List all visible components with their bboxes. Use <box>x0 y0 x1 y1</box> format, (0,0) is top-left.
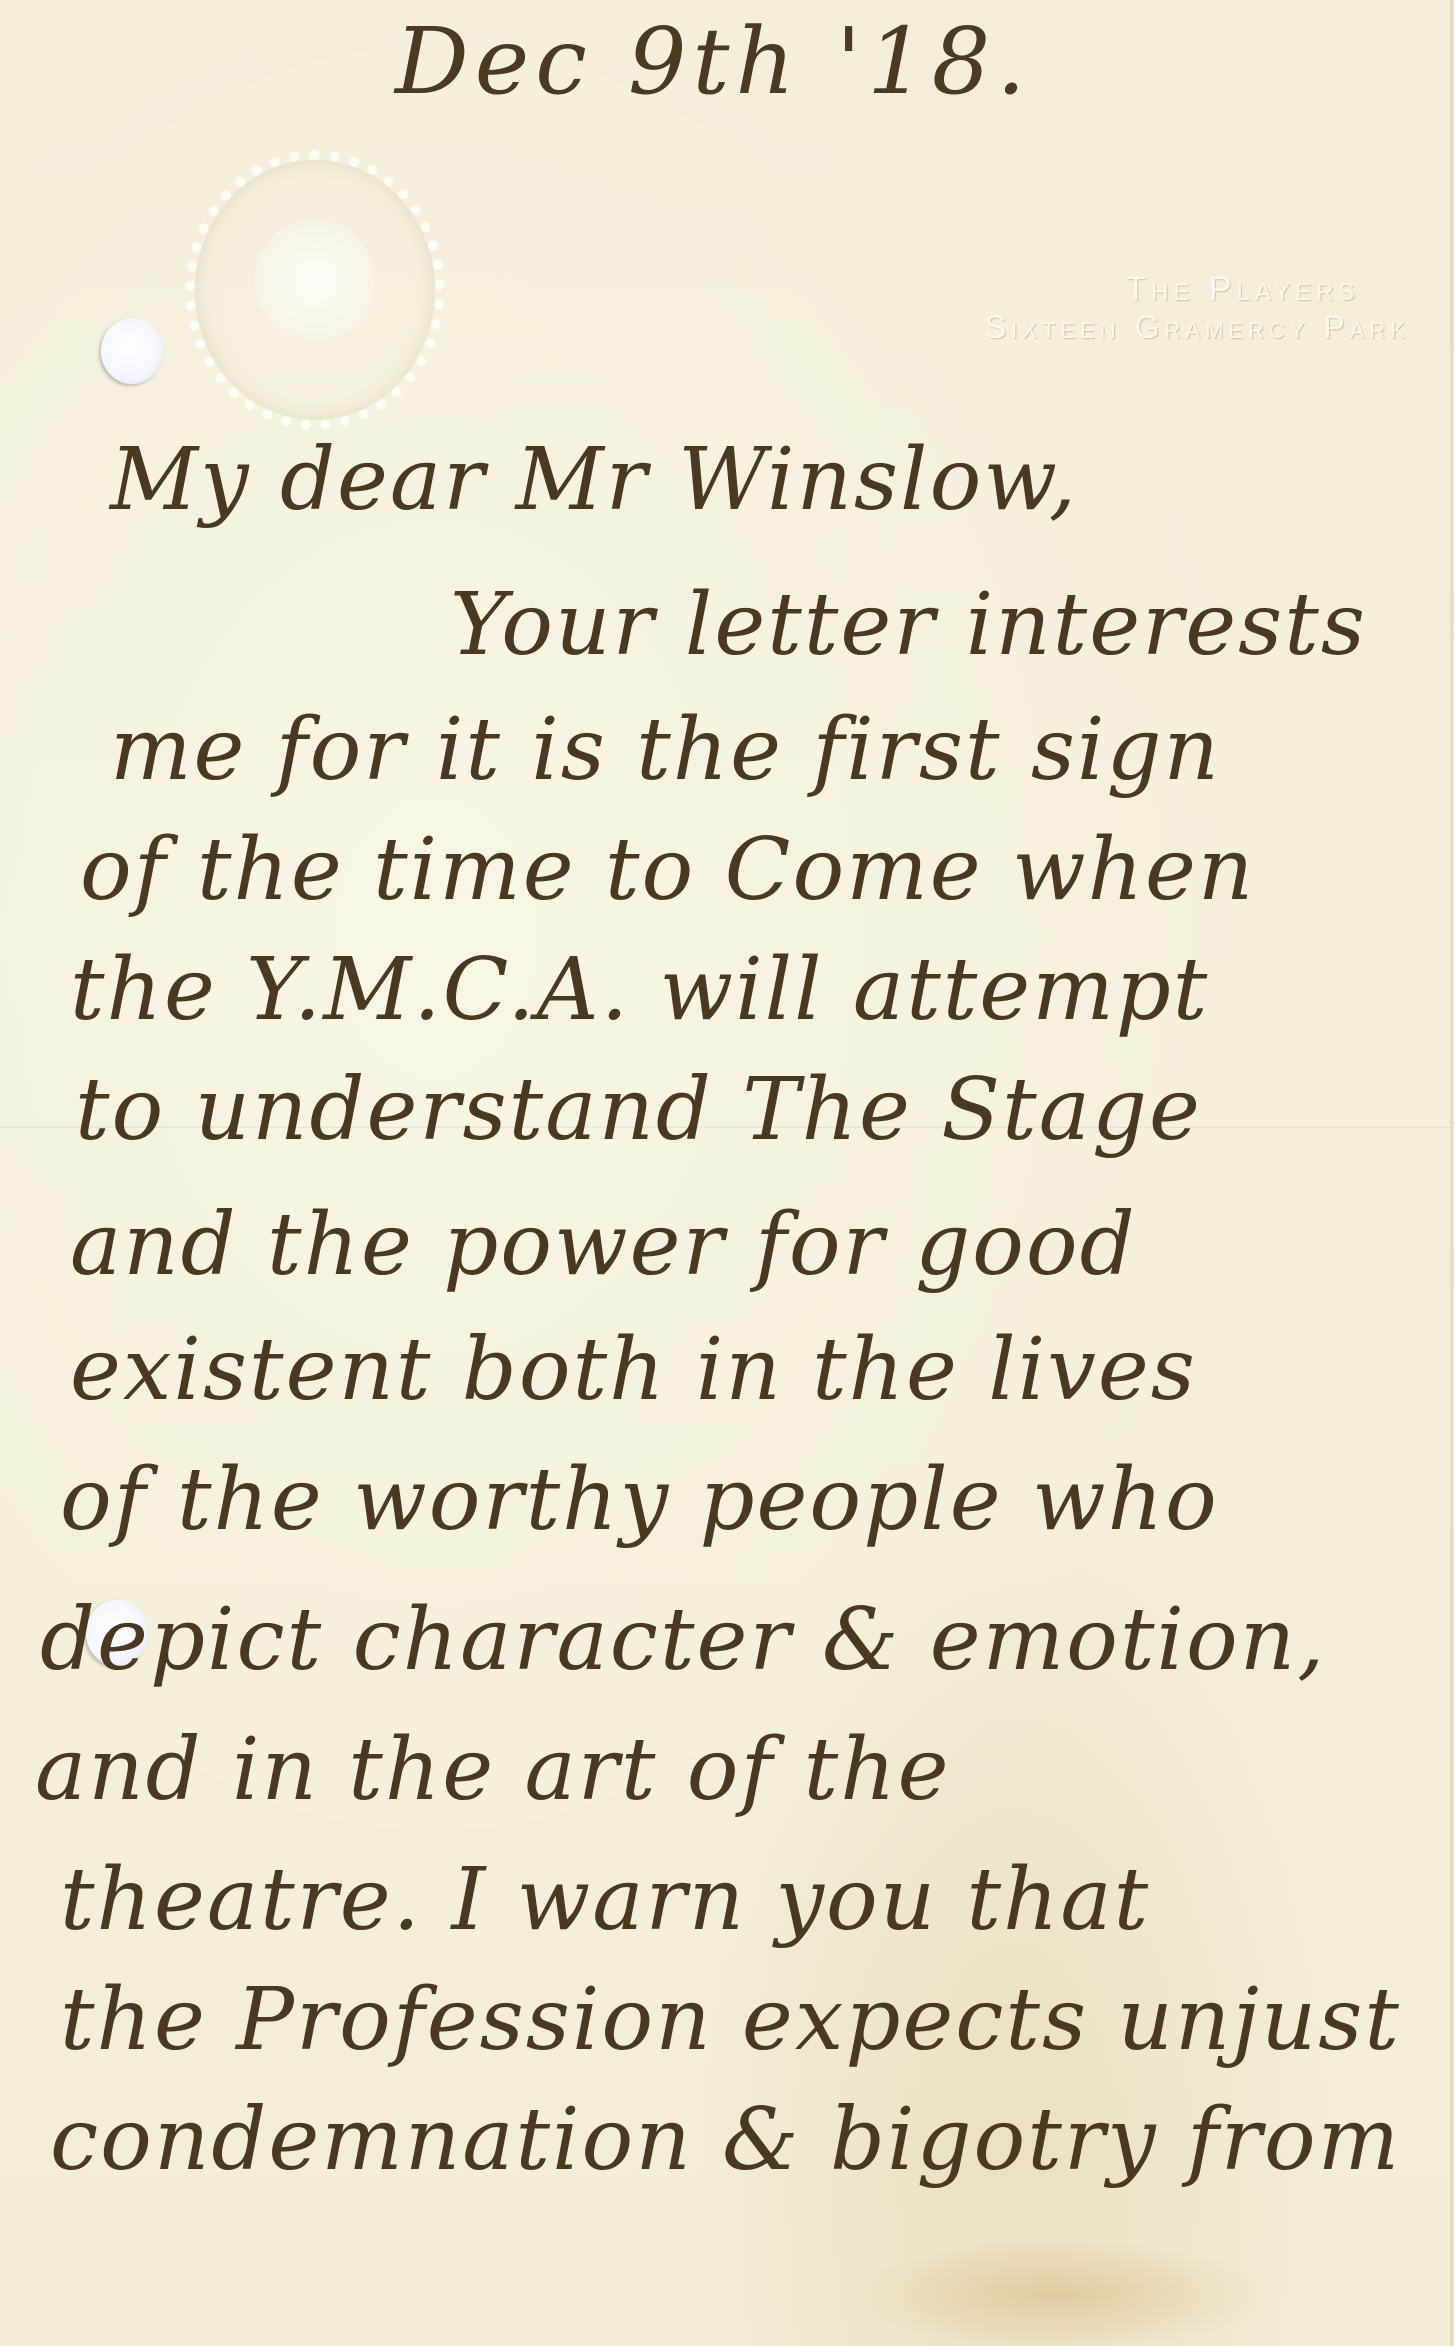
emblem-masks-icon <box>255 220 375 340</box>
body-line: condemnation & bigotry from <box>50 2090 1401 2190</box>
body-line: and the power for good <box>70 1195 1137 1295</box>
body-line: of the time to Come when <box>80 820 1255 920</box>
body-line: to understand The Stage <box>75 1060 1202 1160</box>
letter-date: Dec 9th '18. <box>395 8 1032 115</box>
letterhead-address: Sixteen Gramercy Park <box>985 309 1410 346</box>
paper-stain <box>850 2240 1270 2346</box>
punch-hole-icon <box>101 318 163 384</box>
embossed-emblem-icon <box>185 150 445 430</box>
body-line: me for it is the first sign <box>110 700 1221 800</box>
body-line: depict character & emotion, <box>40 1590 1327 1690</box>
letterhead-club-name: The Players <box>1075 270 1410 309</box>
body-line: existent both in the lives <box>70 1320 1197 1420</box>
body-line: of the worthy people who <box>60 1450 1219 1550</box>
salutation: My dear Mr Winslow, <box>110 430 1078 530</box>
body-line: theatre. I warn you that <box>60 1850 1150 1950</box>
body-line: Your letter interests <box>450 575 1367 675</box>
letterhead: The Players Sixteen Gramercy Park <box>985 270 1410 346</box>
body-line: and in the art of the <box>35 1720 951 1820</box>
letter-page: Dec 9th '18. The Players Sixteen Gramerc… <box>0 0 1454 2346</box>
body-line: the Profession expects unjust <box>60 1970 1401 2070</box>
body-line: the Y.M.C.A. will attempt <box>70 940 1209 1040</box>
